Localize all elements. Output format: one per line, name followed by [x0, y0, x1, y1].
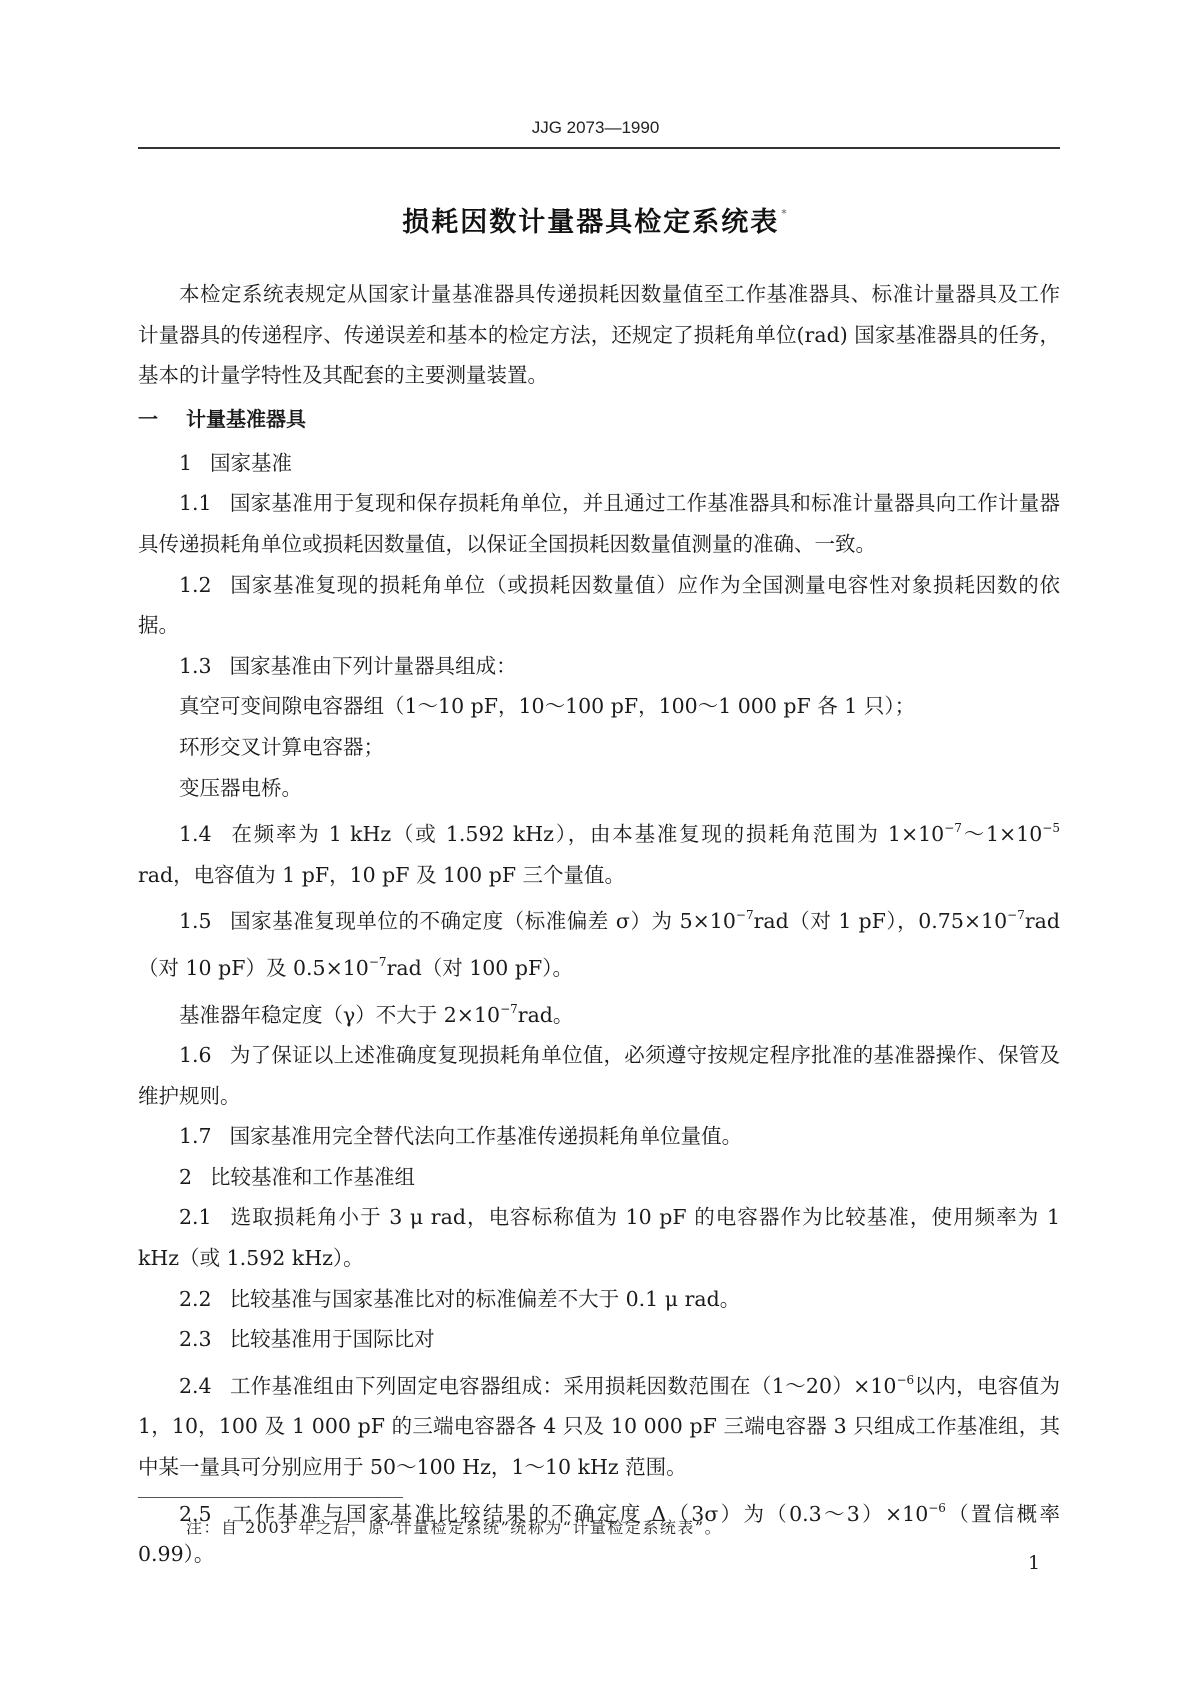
clause-1-1: 1.1国家基准用于复现和保存损耗角单位，并且通过工作基准器具和标准计量器具向工作… [138, 483, 1060, 564]
clause-1-3: 1.3国家基准由下列计量器具组成： [138, 646, 1060, 687]
clause-text: rad（对 1 pF），0.75×10 [754, 909, 1008, 933]
footnote-marker: * [781, 207, 789, 220]
clause-number: 1.1 [179, 491, 212, 515]
clause-number: 1.4 [179, 822, 212, 846]
clause-number: 2.4 [179, 1374, 212, 1398]
clause-text: 工作基准组由下列固定电容器组成：采用损耗因数范围在（1～20）×10 [230, 1374, 897, 1398]
document-title: 损耗因数计量器具检定系统表* [0, 200, 1191, 239]
document-body: 本检定系统表规定从国家计量基准器具传递损耗因数量值至工作基准器具、标准计量器具及… [138, 274, 1060, 1575]
exponent: −5 [1042, 821, 1060, 835]
clause-1-5: 1.5国家基准复现单位的不确定度（标准偏差 σ）为 5×10−7rad（对 1 … [138, 895, 1060, 988]
clause-1-heading: 1国家基准 [138, 443, 1060, 484]
clause-text: 为了保证以上述准确度复现损耗角单位值，必须遵守按规定程序批准的基准器操作、保管及… [138, 1043, 1060, 1108]
section-title: 计量基准器具 [186, 407, 306, 431]
clause-number: 1.5 [179, 909, 212, 933]
clause-1-6: 1.6为了保证以上述准确度复现损耗角单位值，必须遵守按规定程序批准的基准器操作、… [138, 1035, 1060, 1116]
exponent: −7 [500, 1002, 518, 1016]
title-text: 损耗因数计量器具检定系统表 [402, 207, 779, 238]
exponent: −7 [369, 955, 387, 969]
clause-number: 2.1 [179, 1205, 212, 1229]
clause-2-2: 2.2比较基准与国家基准比对的标准偏差不大于 0.1 μ rad。 [138, 1279, 1060, 1320]
clause-title: 比较基准和工作基准组 [210, 1165, 415, 1189]
section-number: 一 [138, 407, 158, 431]
clause-text: rad，电容值为 1 pF，10 pF 及 100 pF 三个量值。 [138, 863, 625, 887]
page-number: 1 [1028, 1552, 1040, 1574]
component-item: 真空可变间隙电容器组（1～10 pF，10～100 pF，100～1 000 p… [138, 686, 1060, 727]
footnote: 注：自 2003 年之后，原“计量检定系统”统称为“计量检定系统表”。 [186, 1515, 722, 1538]
clause-number: 2.3 [179, 1327, 212, 1351]
clause-number: 2 [179, 1165, 192, 1189]
component-item: 环形交叉计算电容器； [138, 727, 1060, 768]
exponent: −7 [944, 821, 962, 835]
clause-number: 1.3 [179, 654, 212, 678]
clause-1-7: 1.7国家基准用完全替代法向工作基准传递损耗角单位量值。 [138, 1116, 1060, 1157]
clause-number: 1.2 [179, 573, 212, 597]
clause-text: 基准器年稳定度（γ）不大于 2×10 [179, 1003, 500, 1027]
clause-1-2: 1.2国家基准复现的损耗角单位（或损耗因数量值）应作为全国测量电容性对象损耗因数… [138, 565, 1060, 646]
clause-2-4: 2.4工作基准组由下列固定电容器组成：采用损耗因数范围在（1～20）×10−6以… [138, 1360, 1060, 1488]
standard-code-header: JJG 2073—1990 [0, 118, 1191, 138]
clause-text: ～1×10 [962, 822, 1042, 846]
clause-text: 国家基准用于复现和保存损耗角单位，并且通过工作基准器具和标准计量器具向工作计量器… [138, 491, 1060, 556]
clause-2-3: 2.3比较基准用于国际比对 [138, 1319, 1060, 1360]
clause-text: 国家基准用完全替代法向工作基准传递损耗角单位量值。 [230, 1124, 743, 1148]
clause-number: 1 [179, 451, 192, 475]
clause-text: 在频率为 1 kHz（或 1.592 kHz），由本基准复现的损耗角范围为 1×… [230, 822, 945, 846]
clause-number: 1.6 [179, 1043, 212, 1067]
clause-text: 国家基准复现的损耗角单位（或损耗因数量值）应作为全国测量电容性对象损耗因数的依据… [138, 573, 1060, 638]
clause-title: 国家基准 [210, 451, 292, 475]
intro-paragraph: 本检定系统表规定从国家计量基准器具传递损耗因数量值至工作基准器具、标准计量器具及… [138, 274, 1060, 396]
exponent: −7 [1007, 908, 1025, 922]
clause-text: rad（对 100 pF）。 [387, 956, 573, 980]
clause-2-1: 2.1选取损耗角小于 3 μ rad，电容标称值为 10 pF 的电容器作为比较… [138, 1197, 1060, 1278]
clause-number: 2.2 [179, 1287, 212, 1311]
clause-text: 国家基准由下列计量器具组成： [230, 654, 517, 678]
exponent: −7 [736, 908, 754, 922]
clause-text: rad。 [518, 1003, 574, 1027]
clause-text: 比较基准用于国际比对 [230, 1327, 435, 1351]
component-item: 变压器电桥。 [138, 768, 1060, 809]
stability-statement: 基准器年稳定度（γ）不大于 2×10−7rad。 [138, 989, 1060, 1036]
clause-number: 1.7 [179, 1124, 212, 1148]
clause-text: 国家基准复现单位的不确定度（标准偏差 σ）为 5×10 [230, 909, 736, 933]
clause-2-heading: 2比较基准和工作基准组 [138, 1157, 1060, 1198]
clause-text: 选取损耗角小于 3 μ rad，电容标称值为 10 pF 的电容器作为比较基准，… [138, 1205, 1060, 1270]
exponent: −6 [928, 1501, 946, 1515]
header-divider [138, 147, 1060, 149]
clause-text: 比较基准与国家基准比对的标准偏差不大于 0.1 μ rad。 [230, 1287, 741, 1311]
section-heading: 一计量基准器具 [138, 396, 1060, 443]
exponent: −6 [896, 1373, 914, 1387]
footnote-divider [138, 1497, 403, 1498]
clause-1-4: 1.4在频率为 1 kHz（或 1.592 kHz），由本基准复现的损耗角范围为… [138, 808, 1060, 895]
